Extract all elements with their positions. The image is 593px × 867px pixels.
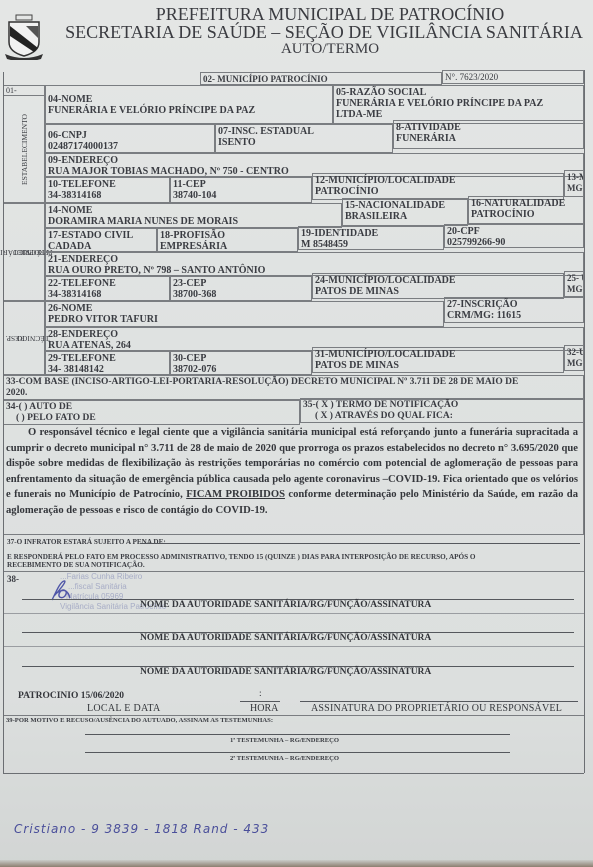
- field-16-naturalidade: 16-NATURALIDADEPATROCÍNIO: [468, 196, 584, 224]
- field-08-atividade: 8-ATIVIDADEFUNERÁRIA: [393, 120, 584, 149]
- field-38: 38-: [7, 575, 19, 584]
- authority-caption-2: NOME DA AUTORIDADE SANITÁRIA/RG/FUNÇÃO/A…: [140, 633, 431, 643]
- field-33-com-base: 33-COM BASE (INCISO-ARTIGO-LEI-PORTARIA-…: [3, 375, 584, 400]
- coat-of-arms-icon: [4, 14, 44, 60]
- field-01: 01-: [3, 85, 45, 95]
- section-label-resp-tecnico: RESP.TÉCNICO: [3, 301, 45, 375]
- form-bottom-border: [3, 773, 584, 774]
- notification-paragraph: O responsável técnico e legal ciente que…: [6, 425, 578, 518]
- field-22-telefone: 22-TELEFONE34-38314168: [45, 276, 170, 301]
- witness-line-1: [85, 734, 510, 735]
- header-title-2: SECRETARIA DE SAÚDE – SEÇÃO DE VIGILÂNCI…: [64, 22, 584, 43]
- field-25-uf: 25- UFMG: [564, 271, 584, 297]
- authority-caption-3: NOME DA AUTORIDADE SANITÁRIA/RG/FUNÇÃO/A…: [140, 667, 431, 677]
- pena-line: [140, 543, 580, 544]
- document-page: PREFEITURA MUNICIPAL DE PATROCÍNIO SECRE…: [0, 0, 593, 867]
- authority-caption-1: NOME DA AUTORIDADE SANITÁRIA/RG/FUNÇÃO/A…: [140, 600, 431, 610]
- hora-line: [240, 701, 280, 702]
- hora-value: :: [259, 689, 262, 699]
- signature-icon: [48, 578, 72, 604]
- witness-line-2: [85, 752, 510, 753]
- witness-1-caption: 1ª TESTEMUNHA – RG/ENDEREÇO: [230, 736, 339, 745]
- field-32-uf: 32-UFMG: [564, 345, 584, 371]
- field-11-cep: 11-CEP38740-104: [170, 177, 312, 203]
- handwritten-note: Cristiano - 9 3839 - 1818 Rand - 433: [14, 822, 269, 836]
- local-data-caption: LOCAL E DATA: [87, 703, 161, 714]
- assinatura-caption: ASSINATURA DO PROPRIETÁRIO OU RESPONSÁVE…: [311, 703, 562, 714]
- field-10-telefone: 10-TELEFONE34-38314168: [45, 177, 170, 203]
- document-number: N°. 7623/2020: [442, 70, 584, 84]
- form-left-border: [3, 72, 4, 773]
- witness-2-caption: 2ª TESTEMUNHA – RG/ENDEREÇO: [230, 754, 339, 763]
- form-right-border: [584, 70, 585, 773]
- header-title-3: AUTO/TERMO: [70, 41, 590, 58]
- field-07-insc-estadual: 07-INSC. ESTADUALISENTO: [215, 124, 393, 153]
- field-06-cnpj: 06-CNPJ02487174000137: [45, 124, 215, 153]
- field-26-nome: 26-NOMEPEDRO VITOR TAFURI: [45, 301, 444, 327]
- field-18-profissao: 18-PROFISÃOEMPRESÁRIA: [157, 228, 298, 252]
- emphasis-ficam-proibidos: FICAM PROIBIDOS: [186, 489, 285, 500]
- paper-edge-shadow: [0, 860, 593, 867]
- field-24-municipio: 24-MUNICÍPIO/LOCALIDADEPATOS DE MINAS: [312, 273, 564, 299]
- field-02-municipio: 02- MUNICÍPIO PATROCÍNIO: [200, 72, 442, 85]
- stamp-line-2: ...fiscal Sanitária: [68, 582, 127, 591]
- divider: [3, 613, 584, 614]
- assinatura-line: [300, 701, 578, 702]
- field-15-nacionalidade: 15-NACIONALIDADEBRASILEIRA: [342, 198, 468, 226]
- field-35-termo: 35-( X ) TERMO DE NOTIFICAÇÃO( X ) ATRAV…: [300, 398, 584, 423]
- field-20-cpf: 20-CPF025799266-90: [444, 224, 584, 248]
- field-34-auto: 34-( ) AUTO DE( ) PELO FATO DE: [3, 400, 300, 425]
- field-14-nome: 14-NOMEDORAMIRA MARIA NUNES DE MORAIS: [45, 203, 342, 228]
- field-23-cep: 23-CEP38700-368: [170, 276, 312, 301]
- local-data-value: PATROCINIO 15/06/2020: [18, 691, 124, 701]
- stamp-line-1: ...Farias Cunha Ribeiro: [60, 572, 142, 581]
- field-39-testemunhas: 39-POR MOTIVO E RECUSO/AUSÊNCIA DO AUTUA…: [6, 716, 273, 725]
- section-label-estabelecimento: ESTABELECIMENTO: [3, 95, 45, 203]
- field-13-uf: 13-MGMG: [564, 170, 584, 197]
- field-05-razao-social: 05-RAZÃO SOCIALFUNERÁRIA E VELÓRIO PRÍNC…: [333, 85, 584, 124]
- section-label-proprietarios: PROPRIETÁRIORESP. TÉCNICO: [3, 203, 45, 301]
- field-37-text-2: RECEBIMENTO DE SUA NOTIFICAÇÃO.: [7, 561, 145, 570]
- field-19-identidade: 19-IDENTIDADEM 8548459: [298, 226, 444, 250]
- field-04-nome: 04-NOMEFUNERÁRIA E VELÓRIO PRÍNCIPE DA P…: [45, 85, 333, 124]
- field-29-telefone: 29-TELEFONE34- 38148142: [45, 351, 170, 375]
- document-header: PREFEITURA MUNICIPAL DE PATROCÍNIO SECRE…: [0, 0, 593, 72]
- hora-caption: HORA: [250, 703, 278, 714]
- field-30-cep: 30-CEP38702-076: [170, 351, 312, 375]
- field-27-inscricao: 27-INSCRIÇÃOCRM/MG: 11615: [444, 297, 584, 323]
- field-31-municipio: 31-MUNICÍPIO/LOCALIDADEPATOS DE MINAS: [312, 347, 564, 373]
- divider: [3, 646, 584, 647]
- field-17-estado-civil: 17-ESTADO CIVILCADADA: [45, 228, 157, 252]
